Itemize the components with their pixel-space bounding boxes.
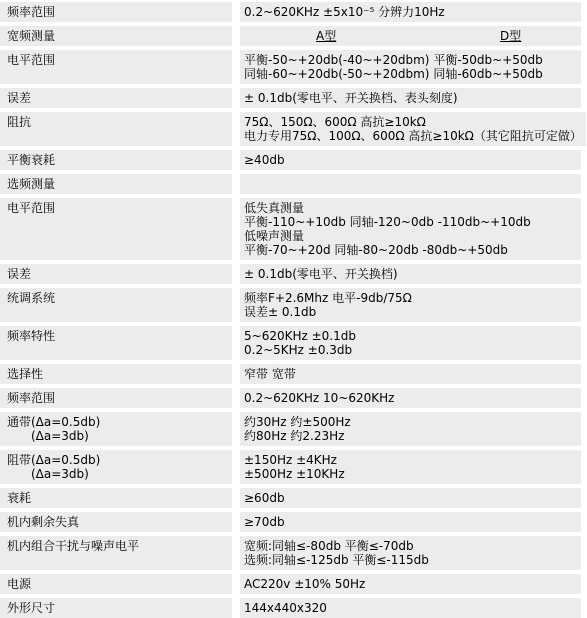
spec-value-text: 5~620KHz ±0.1db [244, 329, 356, 343]
spec-label-text: (Δa=3db) [7, 467, 226, 481]
spec-label-text: 阻带(Δa=0.5db) [7, 453, 226, 467]
spec-label: 通带(Δa=0.5db) (Δa=3db) [0, 412, 232, 446]
spec-value: 144x440x320 [240, 598, 581, 618]
spec-value-text: 宽频:同轴≤-80db 平衡≤-70db [244, 539, 414, 553]
spec-label-text: 电平范围 [7, 53, 226, 67]
spec-value-text: 0.2~5KHz ±0.3db [244, 343, 352, 357]
spec-value: A型 D型 [240, 26, 581, 46]
spec-label-text: 外形尺寸 [7, 601, 226, 615]
spec-value: ± 0.1db(零电平、开关换档、表头刻度) [240, 88, 581, 108]
spec-value: 宽频:同轴≤-80db 平衡≤-70db 选频:同轴≤-125db 平衡≤-11… [240, 536, 581, 570]
spec-value-text: 平衡-50~+20db(-40~+20dbm) [244, 53, 429, 67]
spec-value-text: 0.2~620KHz ±5x10⁻⁵ 分辨力10Hz [244, 5, 445, 19]
spec-value-text: 平衡-50db~+50db [433, 53, 542, 67]
spec-label-text: 频率范围 [7, 5, 226, 19]
spec-value: ≥70db [240, 512, 581, 532]
table-row: 机内组合干扰与噪声电平 宽频:同轴≤-80db 平衡≤-70db 选频:同轴≤-… [0, 536, 581, 570]
spec-value-text: ≥70db [244, 515, 285, 529]
table-row: 频率范围 0.2~620KHz 10~620KHz [0, 388, 581, 408]
spec-label: 频率范围 [0, 388, 232, 408]
spec-value: 窄带 宽带 [240, 364, 581, 384]
spec-label-text: 机内组合干扰与噪声电平 [7, 539, 226, 553]
spec-value-text: ±500Hz ±10KHz [244, 467, 345, 481]
spec-value-text: 电力专用75Ω、100Ω、600Ω 高抗≥10kΩ（其它阻抗可定做） [244, 129, 582, 143]
spec-value-text: 约80Hz 约2.23Hz [244, 429, 344, 443]
spec-value-text: 约30Hz 约±500Hz [244, 415, 351, 429]
spec-value: 75Ω、150Ω、600Ω 高抗≥10kΩ 电力专用75Ω、100Ω、600Ω … [240, 112, 586, 146]
spec-label-text: 平衡衰耗 [7, 153, 226, 167]
spec-value-text: ± 0.1db(零电平、开关换档、表头刻度) [244, 91, 458, 105]
spec-value-text: 窄带 宽带 [244, 367, 296, 381]
table-row: 机内剩余失真 ≥70db [0, 512, 581, 532]
table-row: 衰耗 ≥60db [0, 488, 581, 508]
spec-label-text: 机内剩余失真 [7, 515, 226, 529]
spec-value-text: 误差± 0.1db [244, 305, 316, 319]
spec-value-text: 选频:同轴≤-125db 平衡≤-115db [244, 553, 429, 567]
table-row: 阻带(Δa=0.5db) (Δa=3db) ±150Hz ±4KHz ±500H… [0, 450, 581, 484]
spec-label: 外形尺寸 [0, 598, 232, 618]
spec-label: 平衡衰耗 [0, 150, 232, 170]
table-row: 平衡衰耗 ≥40db [0, 150, 581, 170]
model-d-link[interactable]: D型 [500, 29, 521, 43]
spec-value: 0.2~620KHz 10~620KHz [240, 388, 581, 408]
spec-value-text: 低噪声测量 [244, 229, 304, 243]
spec-label-text: 误差 [7, 267, 226, 281]
spec-value-text: 同轴-60~+20db(-50~+20dbm) [244, 67, 429, 81]
table-row: 电源 AC220v ±10% 50Hz [0, 574, 581, 594]
table-row: 频率范围 0.2~620KHz ±5x10⁻⁵ 分辨力10Hz [0, 2, 581, 22]
table-row: 电平范围 平衡-50~+20db(-40~+20dbm) 平衡-50db~+50… [0, 50, 581, 84]
spec-label: 频率范围 [0, 2, 232, 22]
spec-label: 误差 [0, 264, 232, 284]
table-row: 阻抗 75Ω、150Ω、600Ω 高抗≥10kΩ 电力专用75Ω、100Ω、60… [0, 112, 581, 146]
spec-label-text: 电源 [7, 577, 226, 591]
spec-value: 平衡-50~+20db(-40~+20dbm) 平衡-50db~+50db 同轴… [240, 50, 581, 84]
spec-label: 机内组合干扰与噪声电平 [0, 536, 232, 570]
spec-label: 阻带(Δa=0.5db) (Δa=3db) [0, 450, 232, 484]
spec-label-text: 频率范围 [7, 391, 226, 405]
spec-label-text: 衰耗 [7, 491, 226, 505]
table-row: 误差 ± 0.1db(零电平、开关换档) [0, 264, 581, 284]
spec-value-text: AC220v ±10% 50Hz [244, 577, 365, 591]
spec-label-text: 选频测量 [7, 177, 226, 191]
spec-value-text: ± 0.1db(零电平、开关换档) [244, 267, 398, 281]
spec-label-text: 选择性 [7, 367, 226, 381]
spec-value: ± 0.1db(零电平、开关换档) [240, 264, 581, 284]
spec-label: 电源 [0, 574, 232, 594]
spec-label: 电平范围 [0, 50, 232, 84]
spec-label-text: 统调系统 [7, 291, 226, 305]
spec-value: ±150Hz ±4KHz ±500Hz ±10KHz [240, 450, 581, 484]
spec-label: 宽频测量 [0, 26, 232, 46]
spec-label: 电平范围 [0, 198, 232, 260]
table-row: 选择性 窄带 宽带 [0, 364, 581, 384]
spec-value-text: 平衡-70~+20d 同轴-80~20db [244, 243, 419, 257]
spec-label: 误差 [0, 88, 232, 108]
spec-value-text: 144x440x320 [244, 601, 327, 615]
spec-value-text: 平衡-110~+10db 同轴-120~0db [244, 215, 434, 229]
spec-value: 0.2~620KHz ±5x10⁻⁵ 分辨力10Hz [240, 2, 581, 22]
spec-value-text: ≥60db [244, 491, 285, 505]
model-a-link[interactable]: A型 [316, 29, 336, 43]
spec-value: 频率F+2.6Mhz 电平-9db/75Ω 误差± 0.1db [240, 288, 581, 322]
spec-value-text: 同轴-60db~+50db [433, 67, 542, 81]
spec-value: ≥40db [240, 150, 581, 170]
spec-label-text: 频率特性 [7, 329, 226, 343]
table-row: 误差 ± 0.1db(零电平、开关换档、表头刻度) [0, 88, 581, 108]
spec-value-text: ±150Hz ±4KHz [244, 453, 337, 467]
table-row: 选频测量 [0, 174, 581, 194]
spec-label-text: 宽频测量 [7, 29, 226, 43]
spec-value-text: ≥40db [244, 153, 285, 167]
spec-label-text: (Δa=3db) [7, 429, 226, 443]
spec-value [240, 174, 581, 194]
spec-label-text: 电平范围 [7, 201, 226, 215]
table-row: 统调系统 频率F+2.6Mhz 电平-9db/75Ω 误差± 0.1db [0, 288, 581, 322]
spec-label: 衰耗 [0, 488, 232, 508]
spec-value: AC220v ±10% 50Hz [240, 574, 581, 594]
spec-value: ≥60db [240, 488, 581, 508]
spec-label: 机内剩余失真 [0, 512, 232, 532]
spec-value: 低失真测量 平衡-110~+10db 同轴-120~0db -110db~+10… [240, 198, 581, 260]
spec-value-text: 0.2~620KHz 10~620KHz [244, 391, 394, 405]
table-row: 频率特性 5~620KHz ±0.1db 0.2~5KHz ±0.3db [0, 326, 581, 360]
table-row: 宽频测量 A型 D型 [0, 26, 581, 46]
spec-value: 约30Hz 约±500Hz 约80Hz 约2.23Hz [240, 412, 581, 446]
spec-value-text: 低失真测量 [244, 201, 304, 215]
spec-label: 频率特性 [0, 326, 232, 360]
table-row: 通带(Δa=0.5db) (Δa=3db) 约30Hz 约±500Hz 约80H… [0, 412, 581, 446]
spec-label: 选频测量 [0, 174, 232, 194]
spec-value-text: -110db~+10db [438, 215, 531, 229]
table-row: 电平范围 低失真测量 平衡-110~+10db 同轴-120~0db -110d… [0, 198, 581, 260]
spec-label-text: 误差 [7, 91, 226, 105]
spec-label-text: 阻抗 [7, 115, 226, 129]
table-row: 外形尺寸 144x440x320 [0, 598, 581, 618]
spec-label-text: 通带(Δa=0.5db) [7, 415, 226, 429]
spec-value-text: -80db~+50db [422, 243, 507, 257]
spec-value-text: 75Ω、150Ω、600Ω 高抗≥10kΩ [244, 115, 426, 129]
spec-value-text: 频率F+2.6Mhz 电平-9db/75Ω [244, 291, 412, 305]
spec-label: 选择性 [0, 364, 232, 384]
spec-value: 5~620KHz ±0.1db 0.2~5KHz ±0.3db [240, 326, 581, 360]
spec-table: 频率范围 0.2~620KHz ±5x10⁻⁵ 分辨力10Hz 宽频测量 A型 … [0, 0, 581, 618]
spec-label: 统调系统 [0, 288, 232, 322]
spec-label: 阻抗 [0, 112, 232, 146]
